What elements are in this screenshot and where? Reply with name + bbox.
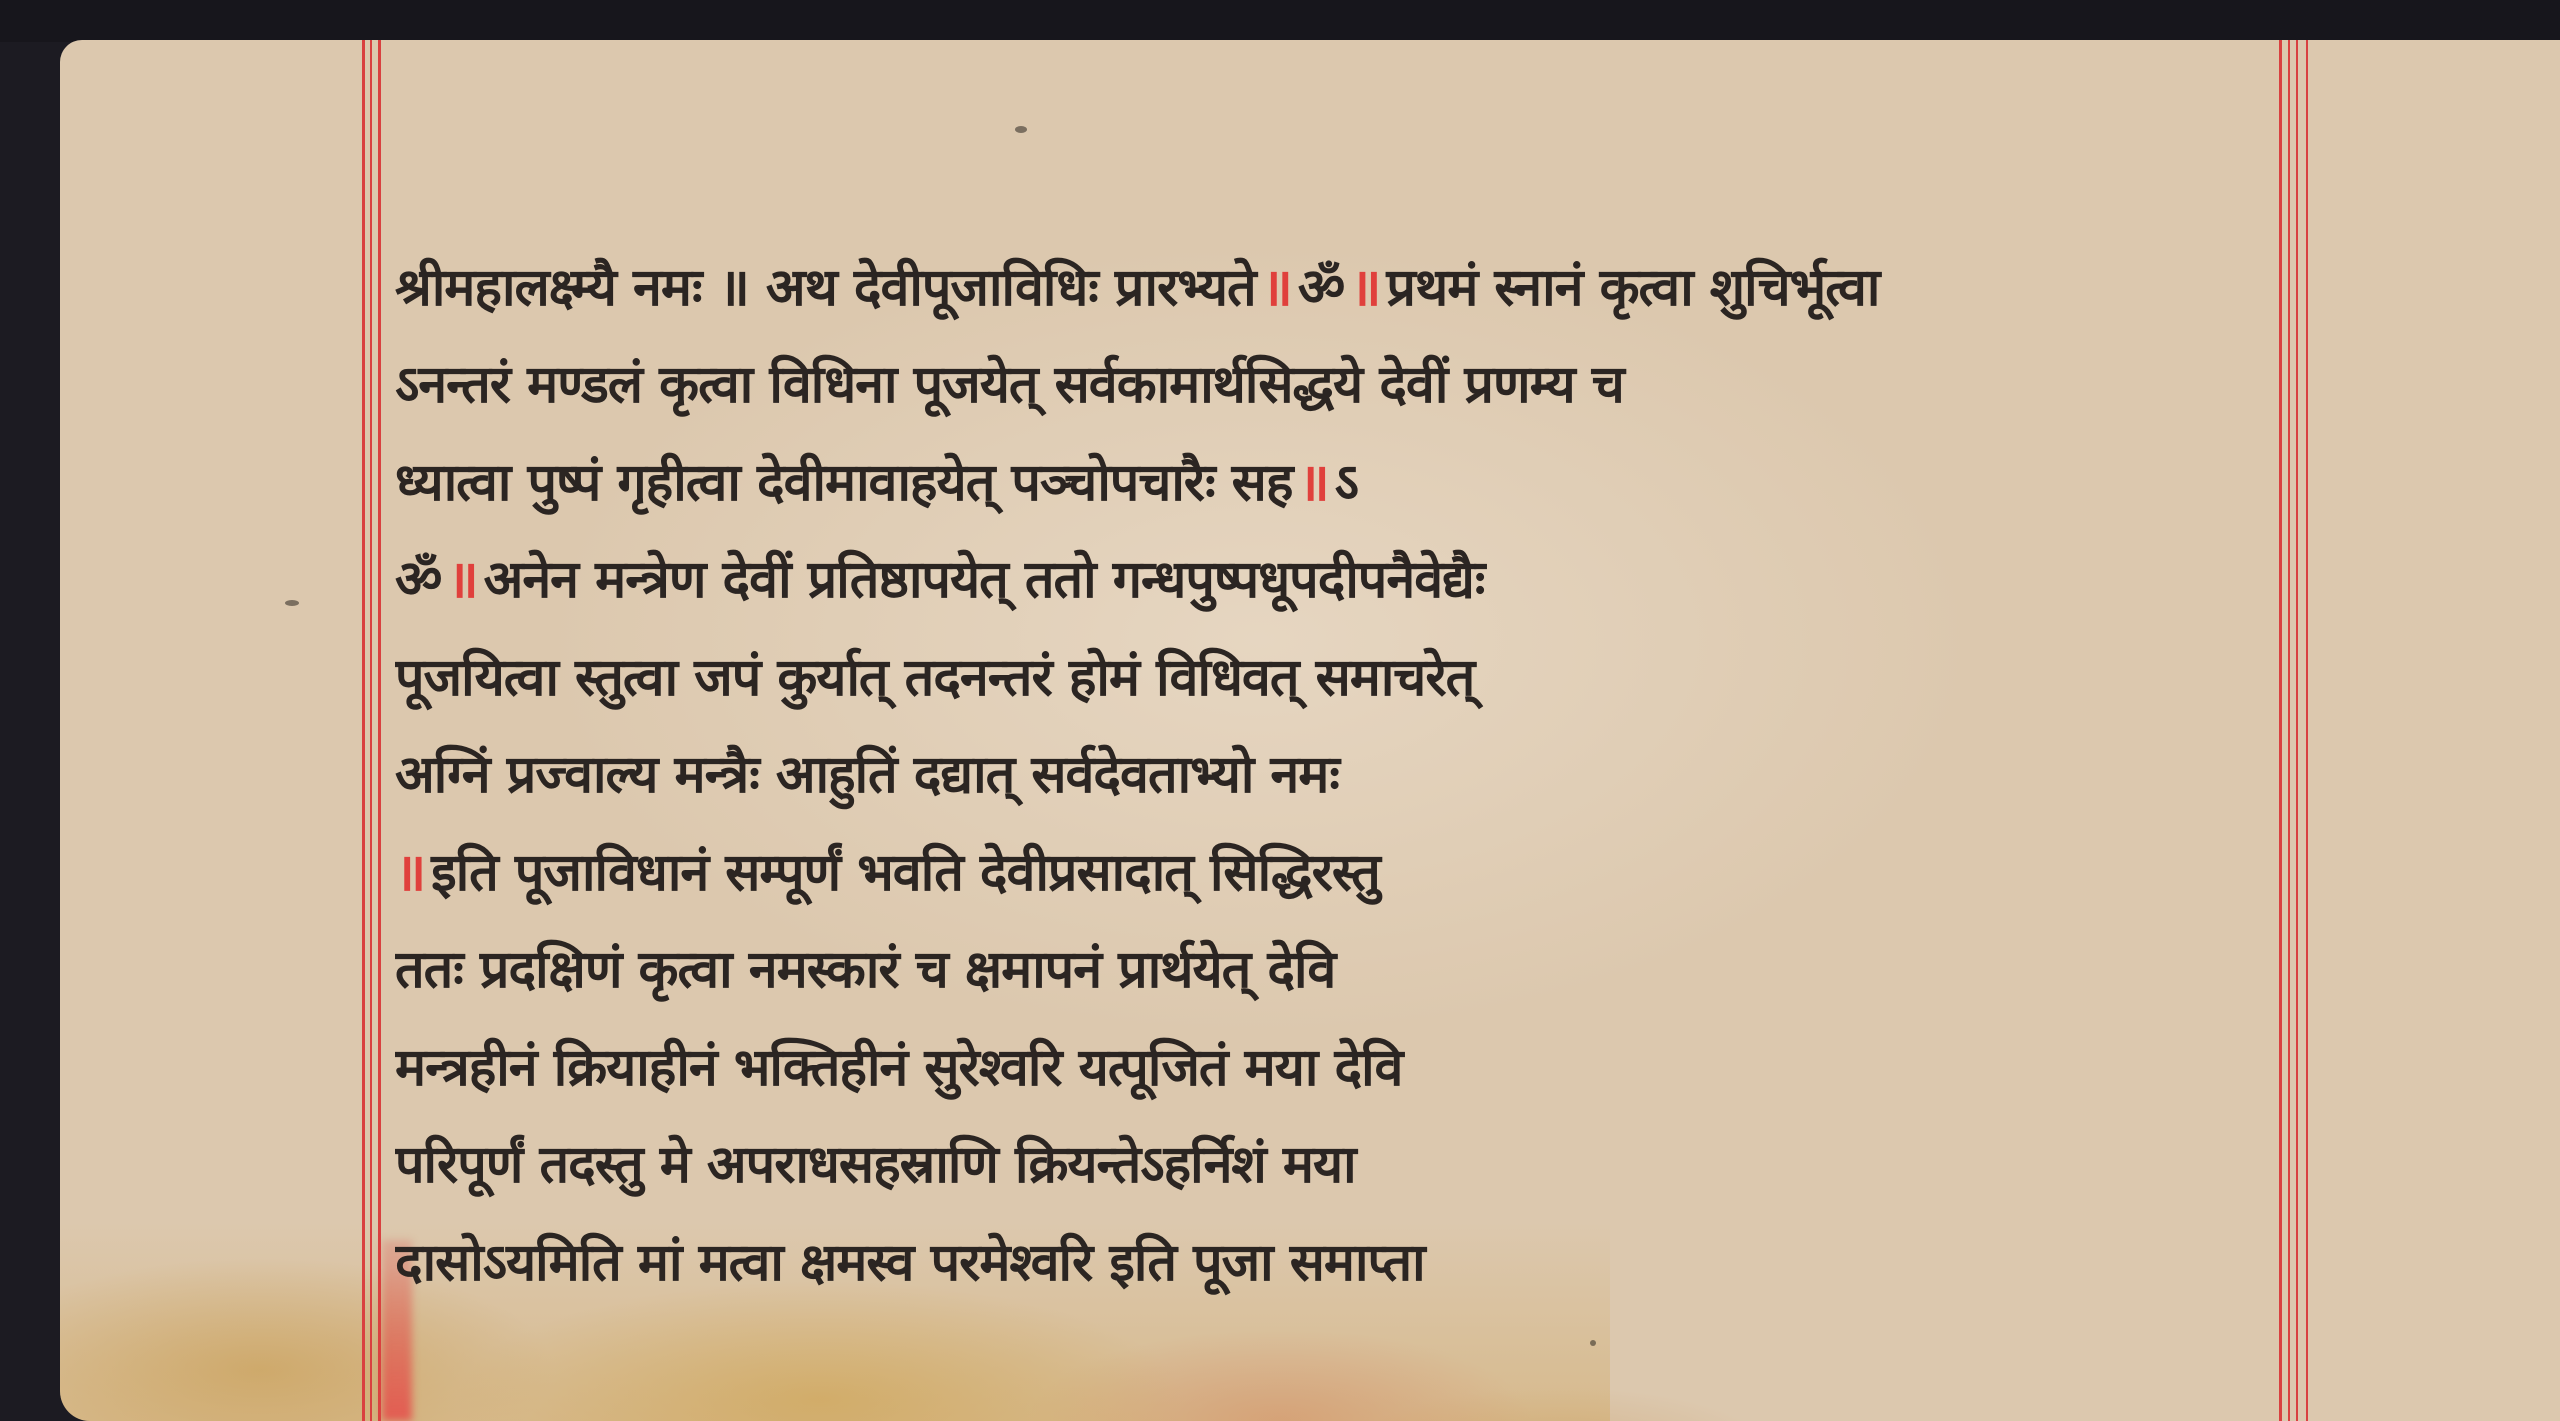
text-line: पूजयित्वा स्तुत्वा जपं कुर्यात् तदनन्तरं…	[395, 635, 2275, 715]
manuscript-text: श्रीमहालक्ष्म्यै नमः ॥ अथ देवीपूजाविधिः …	[395, 245, 2275, 1318]
left-margin-rule	[362, 40, 365, 1421]
red-danda-mark: ॥	[1298, 445, 1328, 516]
text-segment: अनेन मन्त्रेण देवीं प्रतिष्ठापयेत् ततो ग…	[484, 542, 1485, 613]
text-segment: ततः प्रदक्षिणं कृत्वा नमस्कारं च क्षमापन…	[395, 932, 1335, 1003]
text-segment: ॐ	[395, 542, 441, 613]
text-line: दासोऽयमिति मां मत्वा क्षमस्व परमेश्वरि इ…	[395, 1220, 2275, 1300]
right-margin-rule	[2288, 40, 2290, 1421]
text-segment: पूजयित्वा स्तुत्वा जपं कुर्यात् तदनन्तरं…	[395, 640, 1474, 711]
text-segment: प्रथमं स्नानं कृत्वा शुचिर्भूत्वा	[1386, 250, 1879, 321]
red-danda-mark: ॥	[1262, 250, 1292, 321]
right-margin-rule	[2296, 40, 2298, 1421]
dark-backdrop	[0, 0, 2560, 42]
text-segment: ऽनन्तरं मण्डलं कृत्वा विधिना पूजयेत् सर्…	[395, 347, 1624, 418]
text-segment: इति पूजाविधानं सम्पूर्णं भवति देवीप्रसाद…	[431, 835, 1380, 906]
ink-spot	[1590, 1340, 1596, 1346]
text-line: मन्त्रहीनं क्रियाहीनं भक्तिहीनं सुरेश्वर…	[395, 1025, 2275, 1105]
text-line: ॥ इति पूजाविधानं सम्पूर्णं भवति देवीप्रस…	[395, 830, 2275, 910]
left-margin-rule	[370, 40, 372, 1421]
right-margin-rule	[2306, 40, 2308, 1421]
text-segment: अग्निं प्रज्वाल्य मन्त्रैः आहुतिं दद्यात…	[395, 737, 1339, 808]
red-danda-mark: ॥	[447, 542, 477, 613]
text-segment: श्रीमहालक्ष्म्यै नमः ॥ अथ देवीपूजाविधिः …	[395, 250, 1256, 321]
text-line: ततः प्रदक्षिणं कृत्वा नमस्कारं च क्षमापन…	[395, 928, 2275, 1008]
text-segment: ध्यात्वा पुष्पं गृहीत्वा देवीमावाहयेत् प…	[395, 445, 1292, 516]
red-danda-mark: ॥	[1350, 250, 1380, 321]
text-segment: ऽ	[1335, 445, 1358, 516]
text-line: अग्निं प्रज्वाल्य मन्त्रैः आहुतिं दद्यात…	[395, 733, 2275, 813]
text-segment: मन्त्रहीनं क्रियाहीनं भक्तिहीनं सुरेश्वर…	[395, 1030, 1402, 1101]
left-margin-rule	[378, 40, 381, 1421]
ink-spot	[1015, 126, 1027, 133]
photo-stage: श्रीमहालक्ष्म्यै नमः ॥ अथ देवीपूजाविधिः …	[0, 0, 2560, 1421]
right-margin-rule	[2279, 40, 2282, 1421]
text-line: परिपूर्णं तदस्तु मे अपराधसहस्राणि क्रियन…	[395, 1123, 2275, 1203]
text-segment: दासोऽयमिति मां मत्वा क्षमस्व परमेश्वरि इ…	[395, 1225, 1425, 1296]
text-line: श्रीमहालक्ष्म्यै नमः ॥ अथ देवीपूजाविधिः …	[395, 245, 2275, 325]
text-segment: ॐ	[1298, 250, 1344, 321]
red-danda-mark: ॥	[395, 835, 425, 906]
text-line: ऽनन्तरं मण्डलं कृत्वा विधिना पूजयेत् सर्…	[395, 343, 2275, 423]
text-line: ॐ ॥ अनेन मन्त्रेण देवीं प्रतिष्ठापयेत् त…	[395, 538, 2275, 618]
text-segment: परिपूर्णं तदस्तु मे अपराधसहस्राणि क्रियन…	[395, 1127, 1356, 1198]
text-line: ध्यात्वा पुष्पं गृहीत्वा देवीमावाहयेत् प…	[395, 440, 2275, 520]
ink-spot	[285, 600, 299, 606]
